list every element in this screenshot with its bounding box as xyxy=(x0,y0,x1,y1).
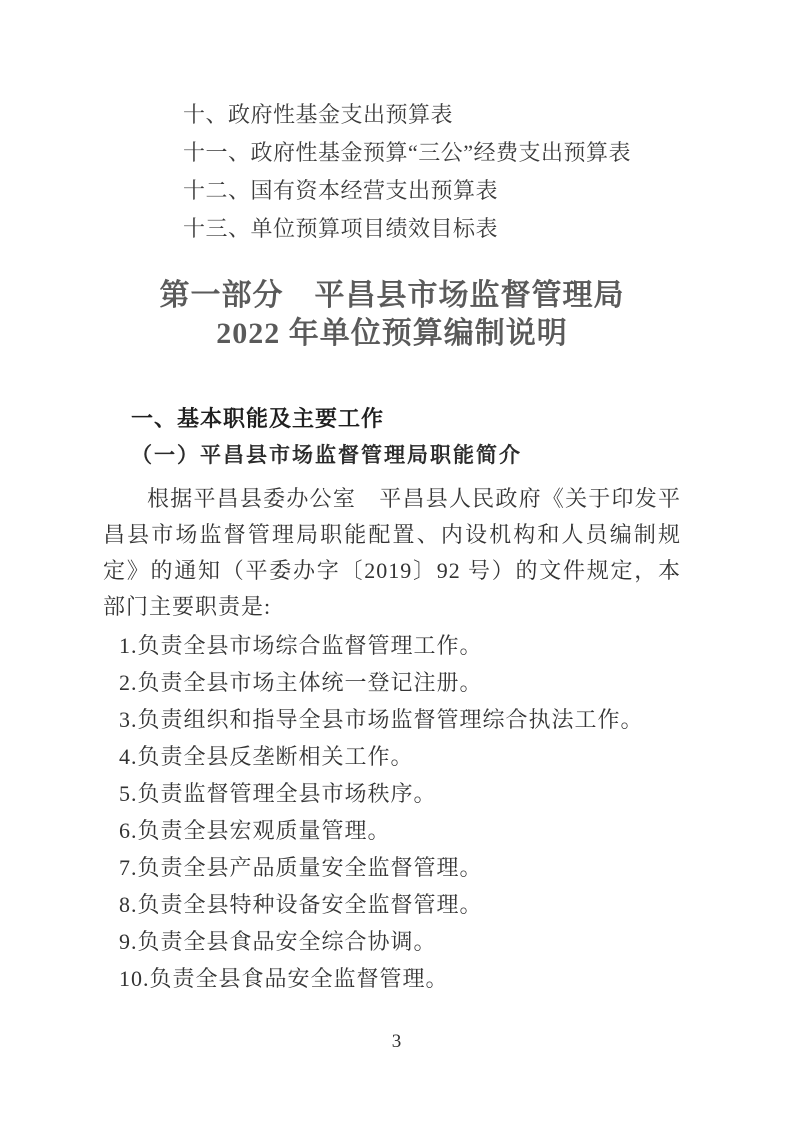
duty-item: 7.负责全县产品质量安全监督管理。 xyxy=(119,849,681,886)
document-title-line1: 第一部分 平昌县市场监督管理局 xyxy=(103,277,681,315)
duty-item: 1.负责全县市场综合监督管理工作。 xyxy=(119,627,681,664)
toc-item: 十一、政府性基金预算“三公”经费支出预算表 xyxy=(183,134,681,172)
duty-item: 8.负责全县特种设备安全监督管理。 xyxy=(119,886,681,923)
toc-item: 十二、国有资本经营支出预算表 xyxy=(183,172,681,210)
document-page: 十、政府性基金支出预算表 十一、政府性基金预算“三公”经费支出预算表 十二、国有… xyxy=(0,0,793,1122)
duty-item: 10.负责全县食品安全监督管理。 xyxy=(119,960,681,997)
duty-item: 2.负责全县市场主体统一登记注册。 xyxy=(119,664,681,701)
duty-item: 5.负责监督管理全县市场秩序。 xyxy=(119,775,681,812)
page-number: 3 xyxy=(0,1030,793,1053)
duties-list: 1.负责全县市场综合监督管理工作。 2.负责全县市场主体统一登记注册。 3.负责… xyxy=(119,627,681,997)
toc-item: 十三、单位预算项目绩效目标表 xyxy=(183,210,681,248)
duty-item: 4.负责全县反垄断相关工作。 xyxy=(119,738,681,775)
toc-list: 十、政府性基金支出预算表 十一、政府性基金预算“三公”经费支出预算表 十二、国有… xyxy=(183,0,681,248)
document-title-line2: 2022 年单位预算编制说明 xyxy=(103,315,681,353)
toc-item: 十、政府性基金支出预算表 xyxy=(183,96,681,134)
document-title: 第一部分 平昌县市场监督管理局 2022 年单位预算编制说明 xyxy=(103,277,681,353)
duty-item: 3.负责组织和指导全县市场监督管理综合执法工作。 xyxy=(119,701,681,738)
duty-item: 6.负责全县宏观质量管理。 xyxy=(119,812,681,849)
duty-item: 9.负责全县食品安全综合协调。 xyxy=(119,923,681,960)
subsection-heading: （一）平昌县市场监督管理局职能简介 xyxy=(131,439,681,471)
page-content: 十、政府性基金支出预算表 十一、政府性基金预算“三公”经费支出预算表 十二、国有… xyxy=(103,0,681,997)
intro-paragraph: 根据平昌县委办公室 平昌县人民政府《关于印发平昌县市场监督管理局职能配置、内设机… xyxy=(103,481,681,625)
section-heading: 一、基本职能及主要工作 xyxy=(131,403,681,435)
